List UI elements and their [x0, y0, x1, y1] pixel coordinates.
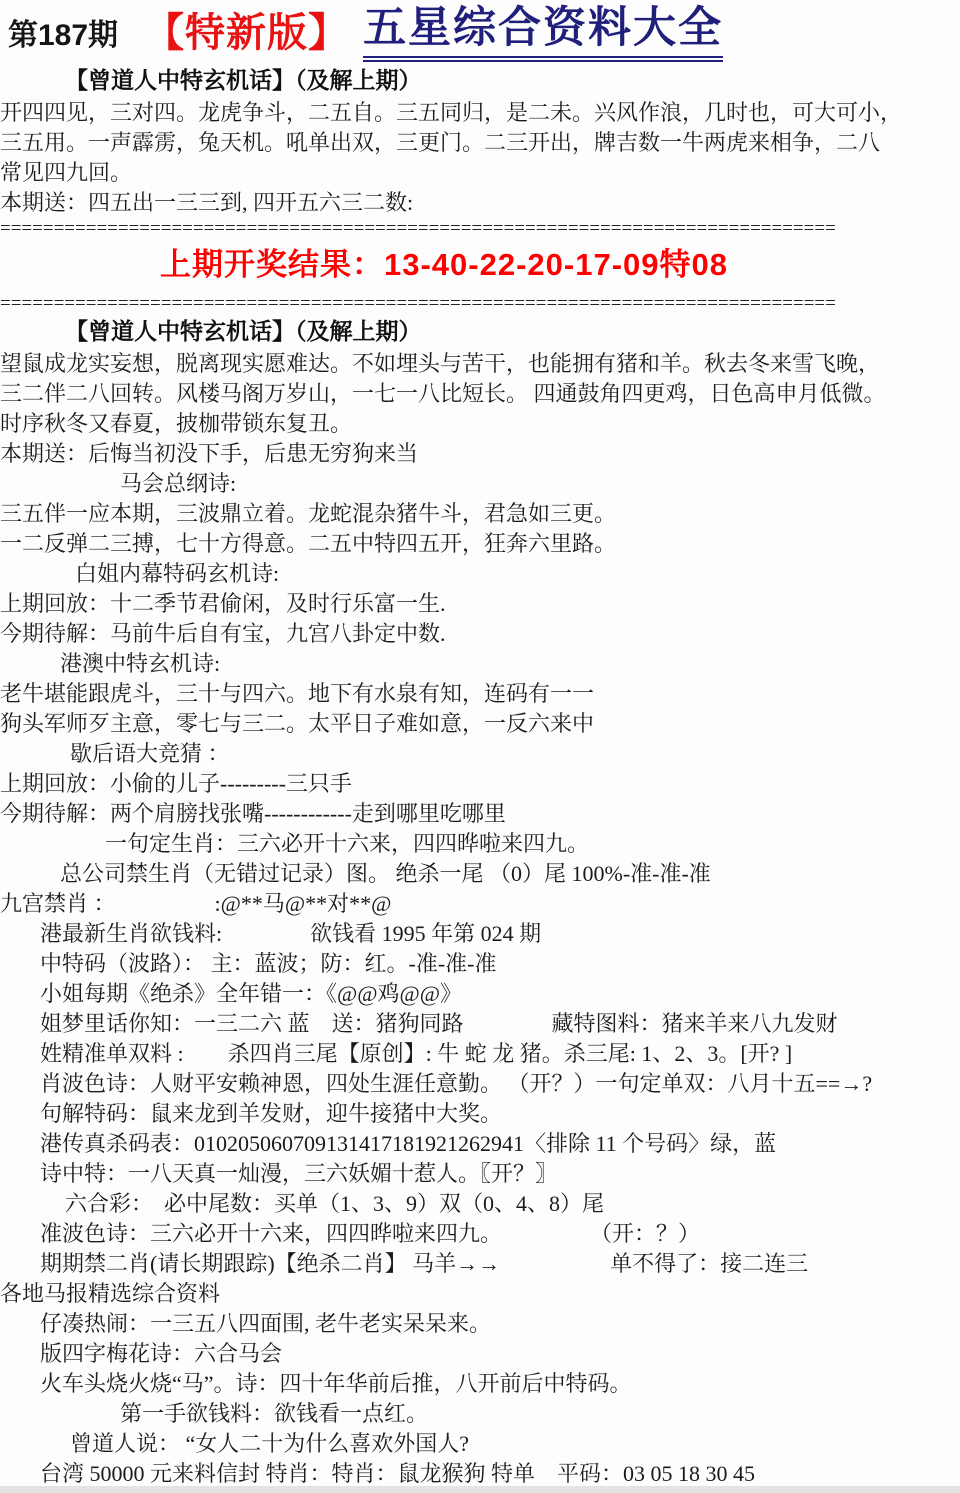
- text-line: 火车头烧火烧“马”。诗：四十年华前后推，八开前后中特码。: [0, 1369, 960, 1399]
- text-line: 今期待解：马前牛后自有宝，九宫八卦定中数.: [0, 619, 960, 649]
- text-line: 仔凑热闹：一三五八四面围, 老牛老实呆呆来。: [0, 1309, 960, 1339]
- text-line: 时序秋冬又春夏，披枷带锁东复丑。: [0, 409, 960, 439]
- text-line: 台湾 50000 元来料信封 特肖：特肖：鼠龙猴狗 特单 平码：03 05 18…: [0, 1459, 960, 1489]
- text-line: 马会总纲诗:: [0, 469, 960, 499]
- text-line: 港澳中特玄机诗:: [0, 649, 960, 679]
- text-line: 第一手欲钱料：欲钱看一点红。: [0, 1399, 960, 1429]
- sheet-header: 第187期 【特新版】 五星综合资料大全: [0, 0, 960, 62]
- text-line: 各地马报精选综合资料: [0, 1279, 960, 1309]
- previous-draw-result: 上期开奖结果：13-40-22-20-17-09特08: [0, 240, 960, 293]
- text-line: 港最新生肖欲钱料: 欲钱看 1995 年第 024 期: [0, 919, 960, 949]
- text-line: 老牛堪能跟虎斗，三十与四六。地下有水泉有知，连码有一一: [0, 679, 960, 709]
- text-line: 诗中特：一八天真一灿漫，三六妖媚十惹人。〖开？〗: [0, 1159, 960, 1189]
- text-line: 本期送：四五出一三三到, 四开五六三二数:: [0, 188, 960, 218]
- text-line: 总公司禁生肖（无错过记录）图。 绝杀一尾 （0）尾 100%-准-准-准: [0, 859, 960, 889]
- text-line: 姐梦里话你知：一三二六 蓝 送：猪狗同路 藏特图料：猪来羊来八九发财: [0, 1009, 960, 1039]
- text-line: 上期回放：小偷的儿子---------三只手: [0, 769, 960, 799]
- text-line: 常见四九回。: [0, 158, 960, 188]
- text-line: 本期送：后悔当初没下手，后患无穷狗来当: [0, 439, 960, 469]
- issue-number: 第187期: [8, 10, 118, 54]
- content-lines: 【曾道人中特玄机话】（及解上期）开四四见，三对四。龙虎争斗，二五自。三五同归，是…: [0, 62, 960, 1489]
- text-line: 版四字梅花诗：六合马会: [0, 1339, 960, 1369]
- section-header: 【曾道人中特玄机话】（及解上期）: [0, 315, 960, 349]
- text-line: 开四四见，三对四。龙虎争斗，二五自。三五同归，是二未。兴风作浪，几时也，可大可小…: [0, 98, 960, 128]
- bottom-strip: [0, 1486, 960, 1493]
- text-line: 三五用。一声霹雳，兔天机。吼单出双，三更门。二三开出，牌吉数一牛两虎来相争，二八: [0, 128, 960, 158]
- text-line: 白姐内幕特码玄机诗:: [0, 559, 960, 589]
- section-header: 【曾道人中特玄机话】（及解上期）: [0, 64, 960, 98]
- text-line: 望鼠成龙实妄想，脱离现实愿难达。不如埋头与苦干，也能拥有猪和羊。秋去冬来雪飞晚，: [0, 349, 960, 379]
- text-line: 准波色诗：三六必开十六来，四四晔啦来四九。 （开：？）: [0, 1219, 960, 1249]
- edition-badge: 【特新版】: [144, 1, 349, 58]
- text-line: 期期禁二肖(请长期跟踪)【绝杀二肖】 马羊→→ 单不得了：接二连三: [0, 1249, 960, 1279]
- text-line: 一二反弹二三搏，七十方得意。二五中特四五开，狂奔六里路。: [0, 529, 960, 559]
- text-line: 一句定生肖：三六必开十六来，四四晔啦来四九。: [0, 829, 960, 859]
- text-line: 曾道人说： “女人二十为什么喜欢外国人?: [0, 1429, 960, 1459]
- text-line: 句解特码：鼠来龙到羊发财，迎牛接猪中大奖。: [0, 1099, 960, 1129]
- text-line: 狗头军师歹主意，零七与三二。太平日子难如意，一反六来中: [0, 709, 960, 739]
- text-line: 三二伴二八回转。风楼马阁万岁山，一七一八比短长。 四通鼓角四更鸡，日色高申月低微…: [0, 379, 960, 409]
- text-line: 今期待解：两个肩膀找张嘴------------走到哪里吃哪里: [0, 799, 960, 829]
- text-line: 小姐每期《绝杀》全年错一：《@@鸡@@》: [0, 979, 960, 1009]
- text-line: 姓精准单双料 : 杀四肖三尾【原创】: 牛 蛇 龙 猪。杀三尾: 1、2、3。[…: [0, 1039, 960, 1069]
- divider-line: ========================================…: [0, 218, 960, 240]
- divider-line: ========================================…: [0, 293, 960, 315]
- text-line: 上期回放：十二季节君偷闲，及时行乐富一生.: [0, 589, 960, 619]
- text-line: 中特码（波路）： 主：蓝波；防：红。-准-准-准: [0, 949, 960, 979]
- text-line: 港传真杀码表：010205060709131417181921262941〈排除…: [0, 1129, 960, 1159]
- page-title: 五星综合资料大全: [363, 0, 723, 62]
- text-line: 三五伴一应本期，三波鼎立着。龙蛇混杂猪牛斗，君急如三更。: [0, 499, 960, 529]
- text-line: 六合彩： 必中尾数：买单（1、3、9）双（0、4、8）尾: [0, 1189, 960, 1219]
- text-line: 九宫禁肖 ： :@**马@**对**@: [0, 889, 960, 919]
- text-line: 歇后语大竞猜 ：: [0, 739, 960, 769]
- text-line: 肖波色诗：人财平安赖神恩，四处生涯任意勤。 （开？）一句定单双：八月十五==→?: [0, 1069, 960, 1099]
